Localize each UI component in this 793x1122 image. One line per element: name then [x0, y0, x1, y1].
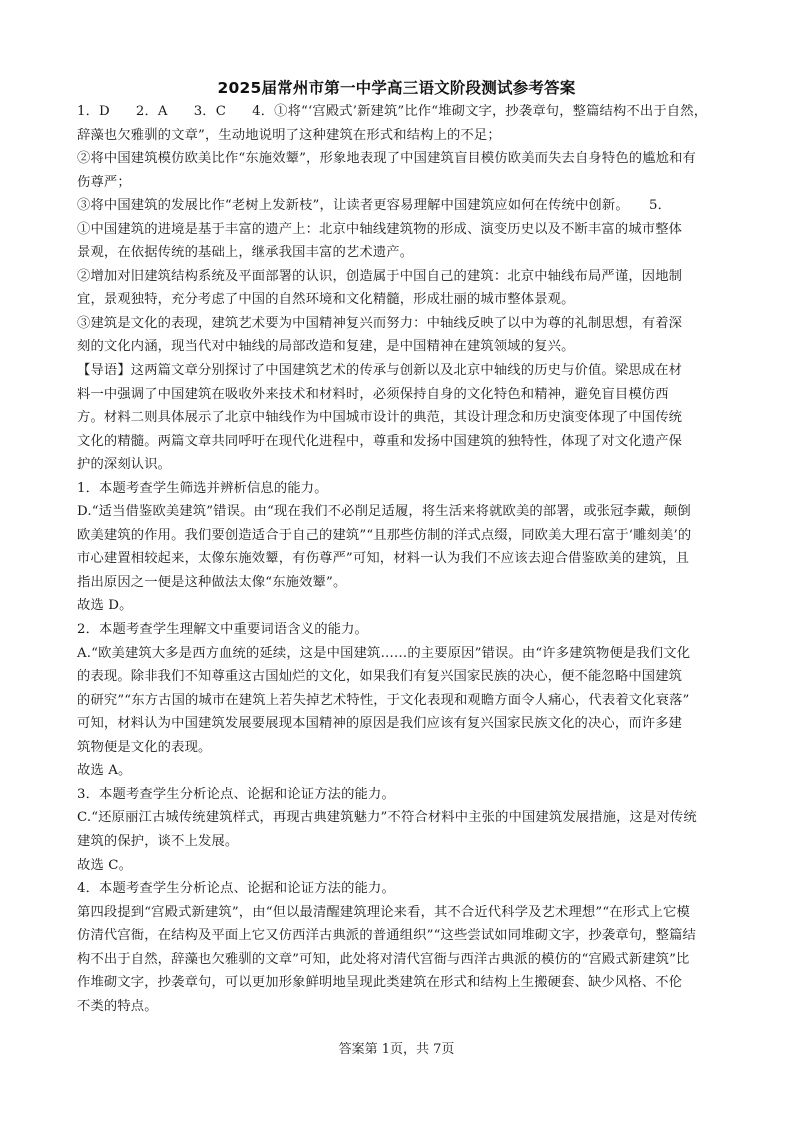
intro-line: 文化的精髓。两篇文章共同呼吁在现代化进程中，尊重和发扬中国建筑的独特性，体现了对…	[77, 430, 721, 454]
answer-key-line: 1．D2．A3．C4．①将“‘宫殿式’新建筑”比作“堆砌文字，抄袭章句，整篇结构…	[77, 100, 721, 124]
document-title: 2025届常州市第一中学高三语文阶段测试参考答案	[0, 76, 793, 98]
text-line: C.“还原丽江古城传统建筑样式，再现古典建筑魅力”不符合材料中主张的中国建筑发展…	[77, 806, 721, 830]
answer-3: 3．C	[194, 100, 226, 124]
answer-4-start: 4．①将“‘宫殿式’新建筑”比作“堆砌文字，抄袭章句，整篇结构不出于自然，	[252, 100, 707, 124]
text-line: A.“欧美建筑大多是西方血统的延续，这是中国建筑……的主要原因”错误。由“许多建…	[77, 642, 721, 666]
document-body: 1．D2．A3．C4．①将“‘宫殿式’新建筑”比作“堆砌文字，抄袭章句，整篇结构…	[77, 100, 721, 1018]
text-line: 第四段提到“宫殿式新建筑”，由“但以最清醒建筑理论来看，其不合近代科学及艺术理想…	[77, 901, 721, 925]
intro-line: 护的深刻认识。	[77, 453, 721, 477]
intro-line: 料一中强调了中国建筑在吸收外来技术和材料时，必须保持自身的文化特色和精神，避免盲…	[77, 383, 721, 407]
answer-choice: 故选 C。	[77, 854, 721, 878]
intro-line: 【导语】这两篇文章分别探讨了中国建筑艺术的传承与创新以及北京中轴线的历史与价值。…	[77, 359, 721, 383]
question-heading: 4．本题考查学生分析论点、论据和论证方法的能力。	[77, 877, 721, 901]
text-line: 建筑的保护，谈不上发展。	[77, 830, 721, 854]
text-line: 市心建置相较起来，太像东施效颦，有伤尊严”可知，材料一认为我们不应该去迎合借鉴欧…	[77, 547, 721, 571]
answer-choice: 故选 A。	[77, 759, 721, 783]
page-footer: 答案第 1页，共 7页	[0, 1038, 793, 1057]
text-line: 不类的特点。	[77, 995, 721, 1019]
text-line: 仿清代宫衙，在结构及平面上它又仿西洋古典派的普通组织”“这些尝试如同堆砌文字，抄…	[77, 924, 721, 948]
text-line: 筑物便是文化的表现。	[77, 736, 721, 760]
text-line: ②将中国建筑模仿欧美比作“东施效颦”，形象地表现了中国建筑盲目模仿欧美而失去自身…	[77, 147, 721, 171]
text-line: ③将中国建筑的发展比作“老树上发新枝”，让读者更容易理解中国建筑应如何在传统中创…	[77, 194, 721, 218]
text-line: ①中国建筑的进境是基于丰富的遗产上：北京中轴线建筑物的形成、演变历史以及不断丰富…	[77, 218, 721, 242]
text-line: 宜，景观独特，充分考虑了中国的自然环境和文化精髓，形成壮丽的城市整体景观。	[77, 288, 721, 312]
text-line: 作堆砌文字，抄袭章句，可以更加形象鲜明地呈现此类建筑在形式和结构上生搬硬套、缺少…	[77, 971, 721, 995]
text-line: 辞藻也欠雅驯的文章”，生动地说明了这种建筑在形式和结构上的不足；	[77, 124, 721, 148]
question-heading: 2．本题考查学生理解文中重要词语含义的能力。	[77, 618, 721, 642]
document-page: 2025届常州市第一中学高三语文阶段测试参考答案 1．D2．A3．C4．①将“‘…	[0, 0, 793, 1122]
answer-2: 2．A	[136, 100, 168, 124]
text-line: 景观，在依据传统的基础上，继承我国丰富的艺术遗产。	[77, 241, 721, 265]
text-line: 构不出于自然，辞藻也欠雅驯的文章”可知，此处将对清代宫衙与西洋古典派的模仿的“宫…	[77, 948, 721, 972]
text-line: ②增加对旧建筑结构系统及平面部署的认识，创造属于中国自己的建筑：北京中轴线布局严…	[77, 265, 721, 289]
text-line: D.“适当借鉴欧美建筑”错误。由“现在我们不必削足适履，将生活来将就欧美的部署，…	[77, 500, 721, 524]
answer-choice: 故选 D。	[77, 594, 721, 618]
intro-line: 方。材料二则具体展示了北京中轴线作为中国城市设计的典范，其设计理念和历史演变体现…	[77, 406, 721, 430]
text-line: 可知，材料认为中国建筑发展要展现本国精神的原因是我们应该有复兴国家民族文化的决心…	[77, 712, 721, 736]
text-line: 刻的文化内涵，现当代对中轴线的局部改造和复建，是中国精神在建筑领域的复兴。	[77, 335, 721, 359]
question-heading: 1．本题考查学生筛选并辨析信息的能力。	[77, 477, 721, 501]
text-line: 伤尊严；	[77, 171, 721, 195]
text-line: 指出原因之一便是这种做法太像“东施效颦”。	[77, 571, 721, 595]
text-line: 的研究”“东方古国的城市在建筑上若失掉艺术特性，于文化表现和观瞻方面令人痛心，代…	[77, 689, 721, 713]
text-line: 的表现。除非我们不知尊重这古国灿烂的文化，如果我们有复兴国家民族的决心，便不能忽…	[77, 665, 721, 689]
text-line: 欧美建筑的作用。我们要创造适合于自己的建筑”“且那些仿制的洋式点缀，同欧美大理石…	[77, 524, 721, 548]
answer-1: 1．D	[77, 100, 110, 124]
text-line: ③建筑是文化的表现，建筑艺术要为中国精神复兴而努力：中轴线反映了以中为尊的礼制思…	[77, 312, 721, 336]
question-heading: 3．本题考查学生分析论点、论据和论证方法的能力。	[77, 783, 721, 807]
